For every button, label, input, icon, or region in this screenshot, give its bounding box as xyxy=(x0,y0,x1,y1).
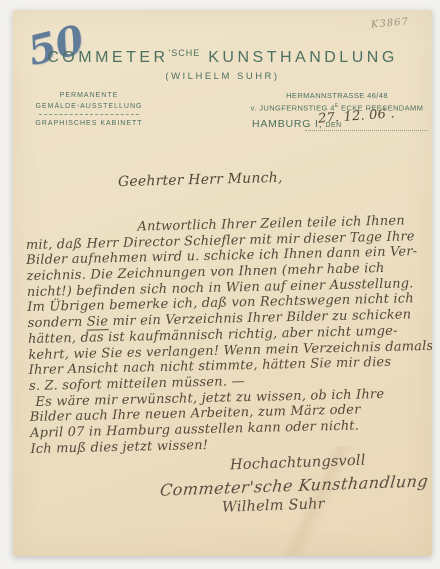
valediction: Hochachtungsvoll xyxy=(230,453,366,474)
proprietor-name: (WILHELM SUHR) xyxy=(13,71,432,82)
company-name-rest: KUNSTHANDLUNG xyxy=(200,49,397,66)
signer-signature: Wilhelm Suhr xyxy=(222,496,325,516)
exhibition-line-2: GEMÄLDE-AUSSTELLUNG xyxy=(31,101,147,112)
letter-line-sie-underlined: Sie xyxy=(87,314,109,330)
company-signature: Commeter'sche Kunsthandlung xyxy=(159,471,429,499)
letter-scan: K3867 50 COMMETER'SCHE KUNSTHANDLUNG (WI… xyxy=(13,10,432,556)
place-label: HAMBURG I, xyxy=(252,118,322,130)
address-line-1: HERMANNSTRASSE 46/48 xyxy=(241,90,432,101)
date-writing-line xyxy=(305,130,427,131)
company-name-suffix: 'SCHE xyxy=(169,48,201,58)
salutation: Geehrter Herr Munch, xyxy=(118,170,283,190)
exhibition-line-3: GRAPHISCHES KABINETT xyxy=(31,118,147,129)
exhibition-info: PERMANENTE GEMÄLDE-AUSSTELLUNG GRAPHISCH… xyxy=(31,90,147,129)
company-name: COMMETER'SCHE KUNSTHANDLUNG xyxy=(13,48,432,67)
letter-body: Antwortlich Ihrer Zeilen teile ich Ihnen… xyxy=(25,213,432,457)
exhibition-line-1: PERMANENTE xyxy=(31,90,147,101)
inventory-number: K3867 xyxy=(371,16,410,30)
letter-line-sie-pre: sondern xyxy=(27,315,87,331)
company-name-main: COMMETER xyxy=(47,49,168,66)
divider-dashed xyxy=(39,114,139,115)
